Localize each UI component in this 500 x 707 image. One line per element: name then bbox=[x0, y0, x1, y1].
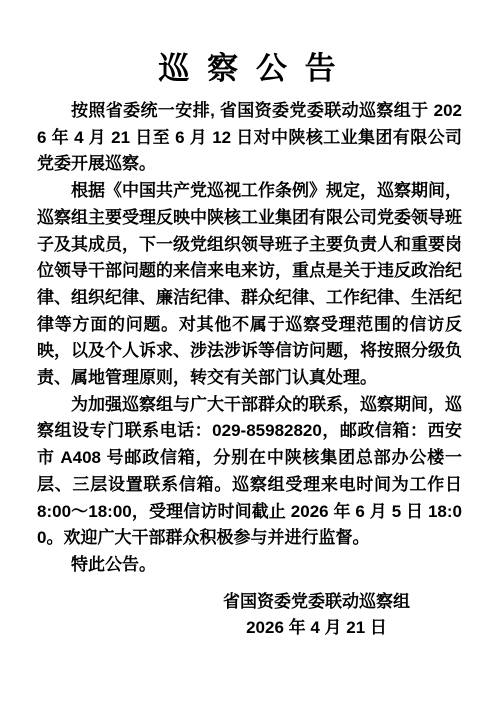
announcement-body: 按照省委统一安排, 省国资委党委联动巡察组于 2026 年 4 月 21 日至 … bbox=[37, 98, 462, 579]
announcement-page: 巡 察 公 告 按照省委统一安排, 省国资委党委联动巡察组于 2026 年 4 … bbox=[0, 0, 500, 707]
page-title: 巡 察 公 告 bbox=[37, 50, 462, 87]
signature-date: 2026 年 4 月 21 日 bbox=[223, 615, 410, 642]
announcement-paragraph-closing: 特此公告。 bbox=[37, 552, 462, 579]
announcement-paragraph-scope: 根据《中国共产党巡视工作条例》规定，巡察期间，巡察组主要受理反映中陕核工业集团有… bbox=[37, 178, 462, 392]
announcement-paragraph-intro: 按照省委统一安排, 省国资委党委联动巡察组于 2026 年 4 月 21 日至 … bbox=[37, 98, 462, 178]
signature-block: 省国资委党委联动巡察组 2026 年 4 月 21 日 bbox=[223, 589, 410, 642]
signature-organization: 省国资委党委联动巡察组 bbox=[223, 589, 410, 616]
announcement-paragraph-contact: 为加强巡察组与广大干部群众的联系，巡察期间，巡察组设专门联系电话：029-859… bbox=[37, 392, 462, 552]
